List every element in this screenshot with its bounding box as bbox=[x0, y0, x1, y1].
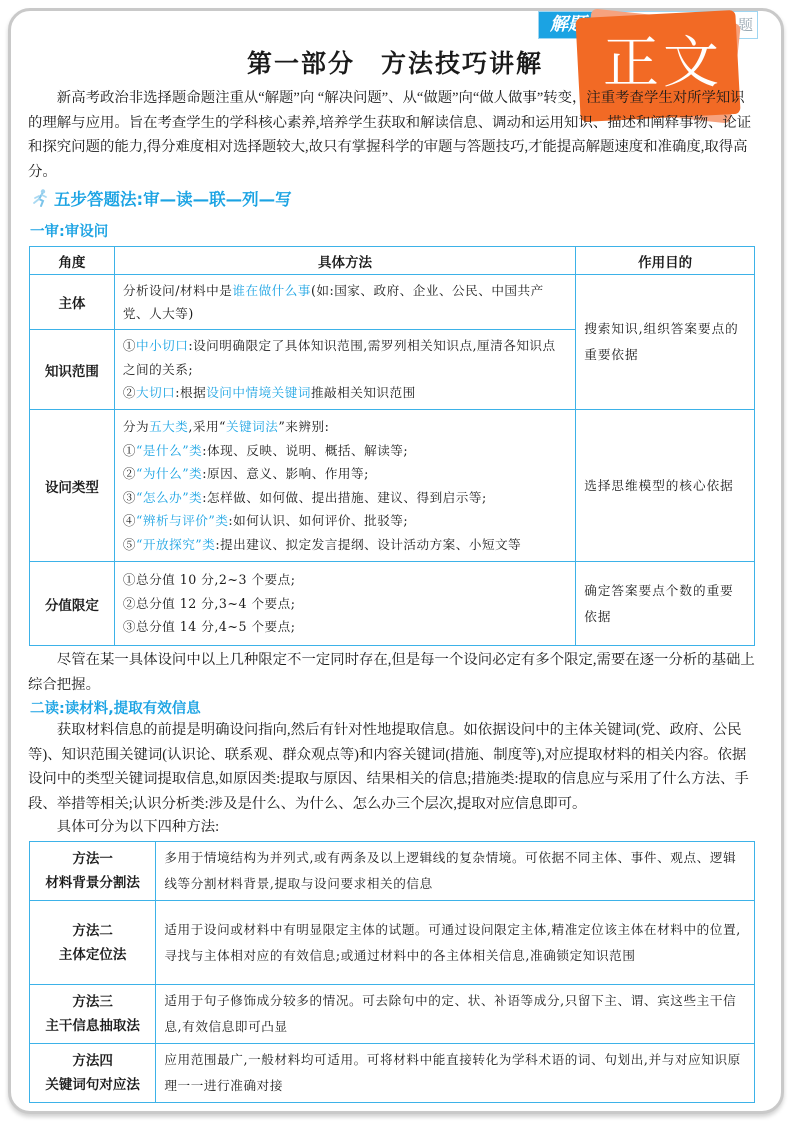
text-segment: :体现、反映、说明、概括、解读等; bbox=[202, 443, 408, 458]
method-sub: 主体定位法 bbox=[31, 943, 154, 967]
text-segment: ③总分值 14 分,4~5 个要点; bbox=[123, 619, 296, 634]
step2-paragraph: 获取材料信息的前提是明确设问指向,然后有针对性地提取信息。如依据设问中的主体关键… bbox=[28, 718, 756, 816]
highlight-keyword: 设问中情境关键词 bbox=[206, 385, 311, 400]
method-label: 方法一 bbox=[31, 847, 154, 871]
highlight-keyword: 关键词法 bbox=[226, 419, 278, 434]
col-header: 作用目的 bbox=[576, 247, 755, 275]
row-purpose: 选择思维模型的核心依据 bbox=[576, 410, 755, 562]
method-label: 方法四 bbox=[31, 1049, 154, 1073]
method-line: ①总分值 10 分,2~3 个要点; bbox=[123, 568, 567, 592]
step1-table: 角度 具体方法 作用目的 主体 分析设问/材料中是谁在做什么事(如:国家、政府、… bbox=[29, 246, 755, 646]
text-segment: ⑤ bbox=[123, 537, 136, 552]
table-row: 方法四 关键词句对应法 应用范围最广,一般材料均可适用。可将材料中能直接转化为学… bbox=[30, 1044, 755, 1103]
method-name: 方法四 关键词句对应法 bbox=[30, 1044, 156, 1103]
row-method: ①中小切口:设问明确限定了具体知识范围,需罗列相关知识点,厘清各知识点之间的关系… bbox=[114, 330, 575, 410]
highlight-keyword: 大切口 bbox=[136, 385, 175, 400]
method-label: 方法二 bbox=[31, 919, 154, 943]
text-segment: ,采用“ bbox=[188, 419, 226, 434]
text-segment: ① bbox=[123, 338, 136, 353]
highlight-keyword: 中小切口 bbox=[136, 338, 188, 353]
step1-title: 一审:审设问 bbox=[30, 220, 108, 241]
method-desc: 多用于情境结构为并列式,或有两条及以上逻辑线的复杂情境。可依据不同主体、事件、观… bbox=[156, 842, 755, 901]
row-key: 主体 bbox=[30, 275, 115, 330]
text-segment: :原因、意义、影响、作用等; bbox=[202, 466, 369, 481]
highlight-keyword: 谁在做什么事 bbox=[232, 283, 311, 298]
table-row: 方法一 材料背景分割法 多用于情境结构为并列式,或有两条及以上逻辑线的复杂情境。… bbox=[30, 842, 755, 901]
table-header-row: 角度 具体方法 作用目的 bbox=[30, 247, 755, 275]
runner-icon bbox=[30, 188, 50, 208]
row-method: 分析设问/材料中是谁在做什么事(如:国家、政府、企业、公民、中国共产党、人大等) bbox=[114, 275, 575, 330]
text-segment: ④ bbox=[123, 513, 136, 528]
method-line: 分为五大类,采用“关键词法”来辨别: bbox=[123, 415, 567, 439]
method-line: ④“辨析与评价”类:如何认识、如何评价、批驳等; bbox=[123, 509, 567, 533]
method-line: ②大切口:根据设问中情境关键词推敲相关知识范围 bbox=[123, 381, 567, 405]
row-purpose: 搜索知识,组织答案要点的重要依据 bbox=[576, 275, 755, 410]
col-header: 角度 bbox=[30, 247, 115, 275]
text-segment: ”来辨别: bbox=[278, 419, 329, 434]
methods-table: 方法一 材料背景分割法 多用于情境结构为并列式,或有两条及以上逻辑线的复杂情境。… bbox=[29, 841, 755, 1103]
text-segment: ①总分值 10 分,2~3 个要点; bbox=[123, 572, 296, 587]
highlight-keyword: “开放探究”类 bbox=[136, 537, 215, 552]
step1-note: 尽管在某一具体设问中以上几种限定不一定同时存在,但是每一个设问必定有多个限定,需… bbox=[28, 648, 756, 697]
text-segment: 推敲相关知识范围 bbox=[311, 385, 416, 400]
method-sub: 主干信息抽取法 bbox=[31, 1014, 154, 1038]
row-purpose: 确定答案要点个数的重要依据 bbox=[576, 562, 755, 646]
row-key: 知识范围 bbox=[30, 330, 115, 410]
highlight-keyword: 五大类 bbox=[149, 419, 188, 434]
method-line: ①“是什么”类:体现、反映、说明、概括、解读等; bbox=[123, 439, 567, 463]
method-sub: 材料背景分割法 bbox=[31, 871, 154, 895]
method-name: 方法二 主体定位法 bbox=[30, 901, 156, 985]
method-label: 方法三 bbox=[31, 990, 154, 1014]
text-segment: :根据 bbox=[175, 385, 206, 400]
method-line: ⑤“开放探究”类:提出建议、拟定发言提纲、设计活动方案、小短文等 bbox=[123, 533, 567, 557]
row-key: 分值限定 bbox=[30, 562, 115, 646]
step2-methods-intro: 具体可分为以下四种方法: bbox=[28, 815, 756, 840]
highlight-keyword: “为什么”类 bbox=[136, 466, 202, 481]
method-line: ①中小切口:设问明确限定了具体知识范围,需罗列相关知识点,厘清各知识点之间的关系… bbox=[123, 334, 567, 381]
text-segment: 分析设问/材料中是 bbox=[123, 283, 233, 298]
text-segment: :设问明确限定了具体知识范围,需罗列相关知识点,厘清各知识点之间的关系; bbox=[123, 338, 556, 377]
highlight-keyword: “是什么”类 bbox=[136, 443, 202, 458]
table-row: 分值限定 ①总分值 10 分,2~3 个要点;②总分值 12 分,3~4 个要点… bbox=[30, 562, 755, 646]
method-sub: 关键词句对应法 bbox=[31, 1073, 154, 1097]
row-method: 分为五大类,采用“关键词法”来辨别:①“是什么”类:体现、反映、说明、概括、解读… bbox=[114, 410, 575, 562]
intro-paragraph: 新高考政治非选择题命题注重从“解题”向 “解决问题”、从“做题”向“做人做事”转… bbox=[28, 86, 756, 184]
text-segment: ② bbox=[123, 385, 136, 400]
method-desc: 应用范围最广,一般材料均可适用。可将材料中能直接转化为学科术语的词、句划出,并与… bbox=[156, 1044, 755, 1103]
table-row: 设问类型 分为五大类,采用“关键词法”来辨别:①“是什么”类:体现、反映、说明、… bbox=[30, 410, 755, 562]
method-line: ③“怎么办”类:怎样做、如何做、提出措施、建议、得到启示等; bbox=[123, 486, 567, 510]
step2-title: 二读:读材料,提取有效信息 bbox=[30, 697, 201, 718]
text-segment: 分为 bbox=[123, 419, 149, 434]
text-segment: ② bbox=[123, 466, 136, 481]
title-name: 方法技巧讲解 bbox=[381, 49, 543, 78]
method-desc: 适用于设问或材料中有明显限定主体的试题。可通过设问限定主体,精准定位该主体在材料… bbox=[156, 901, 755, 985]
method-line: ③总分值 14 分,4~5 个要点; bbox=[123, 615, 567, 639]
row-method: ①总分值 10 分,2~3 个要点;②总分值 12 分,3~4 个要点;③总分值… bbox=[114, 562, 575, 646]
row-key: 设问类型 bbox=[30, 410, 115, 562]
method-desc: 适用于句子修饰成分较多的情况。可去除句中的定、状、补语等成分,只留下主、谓、宾这… bbox=[156, 985, 755, 1044]
text-segment: ②总分值 12 分,3~4 个要点; bbox=[123, 596, 296, 611]
text-segment: ③ bbox=[123, 490, 136, 505]
text-segment: :如何认识、如何评价、批驳等; bbox=[228, 513, 408, 528]
text-segment: ① bbox=[123, 443, 136, 458]
section-title-text: 五步答题法:审—读—联—列—写 bbox=[54, 190, 292, 209]
highlight-keyword: “辨析与评价”类 bbox=[136, 513, 228, 528]
text-segment: :怎样做、如何做、提出措施、建议、得到启示等; bbox=[202, 490, 486, 505]
table-row: 主体 分析设问/材料中是谁在做什么事(如:国家、政府、企业、公民、中国共产党、人… bbox=[30, 275, 755, 330]
table-row: 方法二 主体定位法 适用于设问或材料中有明显限定主体的试题。可通过设问限定主体,… bbox=[30, 901, 755, 985]
section-title: 五步答题法:审—读—联—列—写 bbox=[30, 186, 292, 210]
method-line: ②总分值 12 分,3~4 个要点; bbox=[123, 592, 567, 616]
table-row: 方法三 主干信息抽取法 适用于句子修饰成分较多的情况。可去除句中的定、状、补语等… bbox=[30, 985, 755, 1044]
method-name: 方法三 主干信息抽取法 bbox=[30, 985, 156, 1044]
col-header: 具体方法 bbox=[114, 247, 575, 275]
text-segment: :提出建议、拟定发言提纲、设计活动方案、小短文等 bbox=[215, 537, 521, 552]
method-name: 方法一 材料背景分割法 bbox=[30, 842, 156, 901]
method-line: ②“为什么”类:原因、意义、影响、作用等; bbox=[123, 462, 567, 486]
title-part: 第一部分 bbox=[247, 49, 355, 78]
method-line: 分析设问/材料中是谁在做什么事(如:国家、政府、企业、公民、中国共产党、人大等) bbox=[123, 279, 567, 326]
highlight-keyword: “怎么办”类 bbox=[136, 490, 202, 505]
